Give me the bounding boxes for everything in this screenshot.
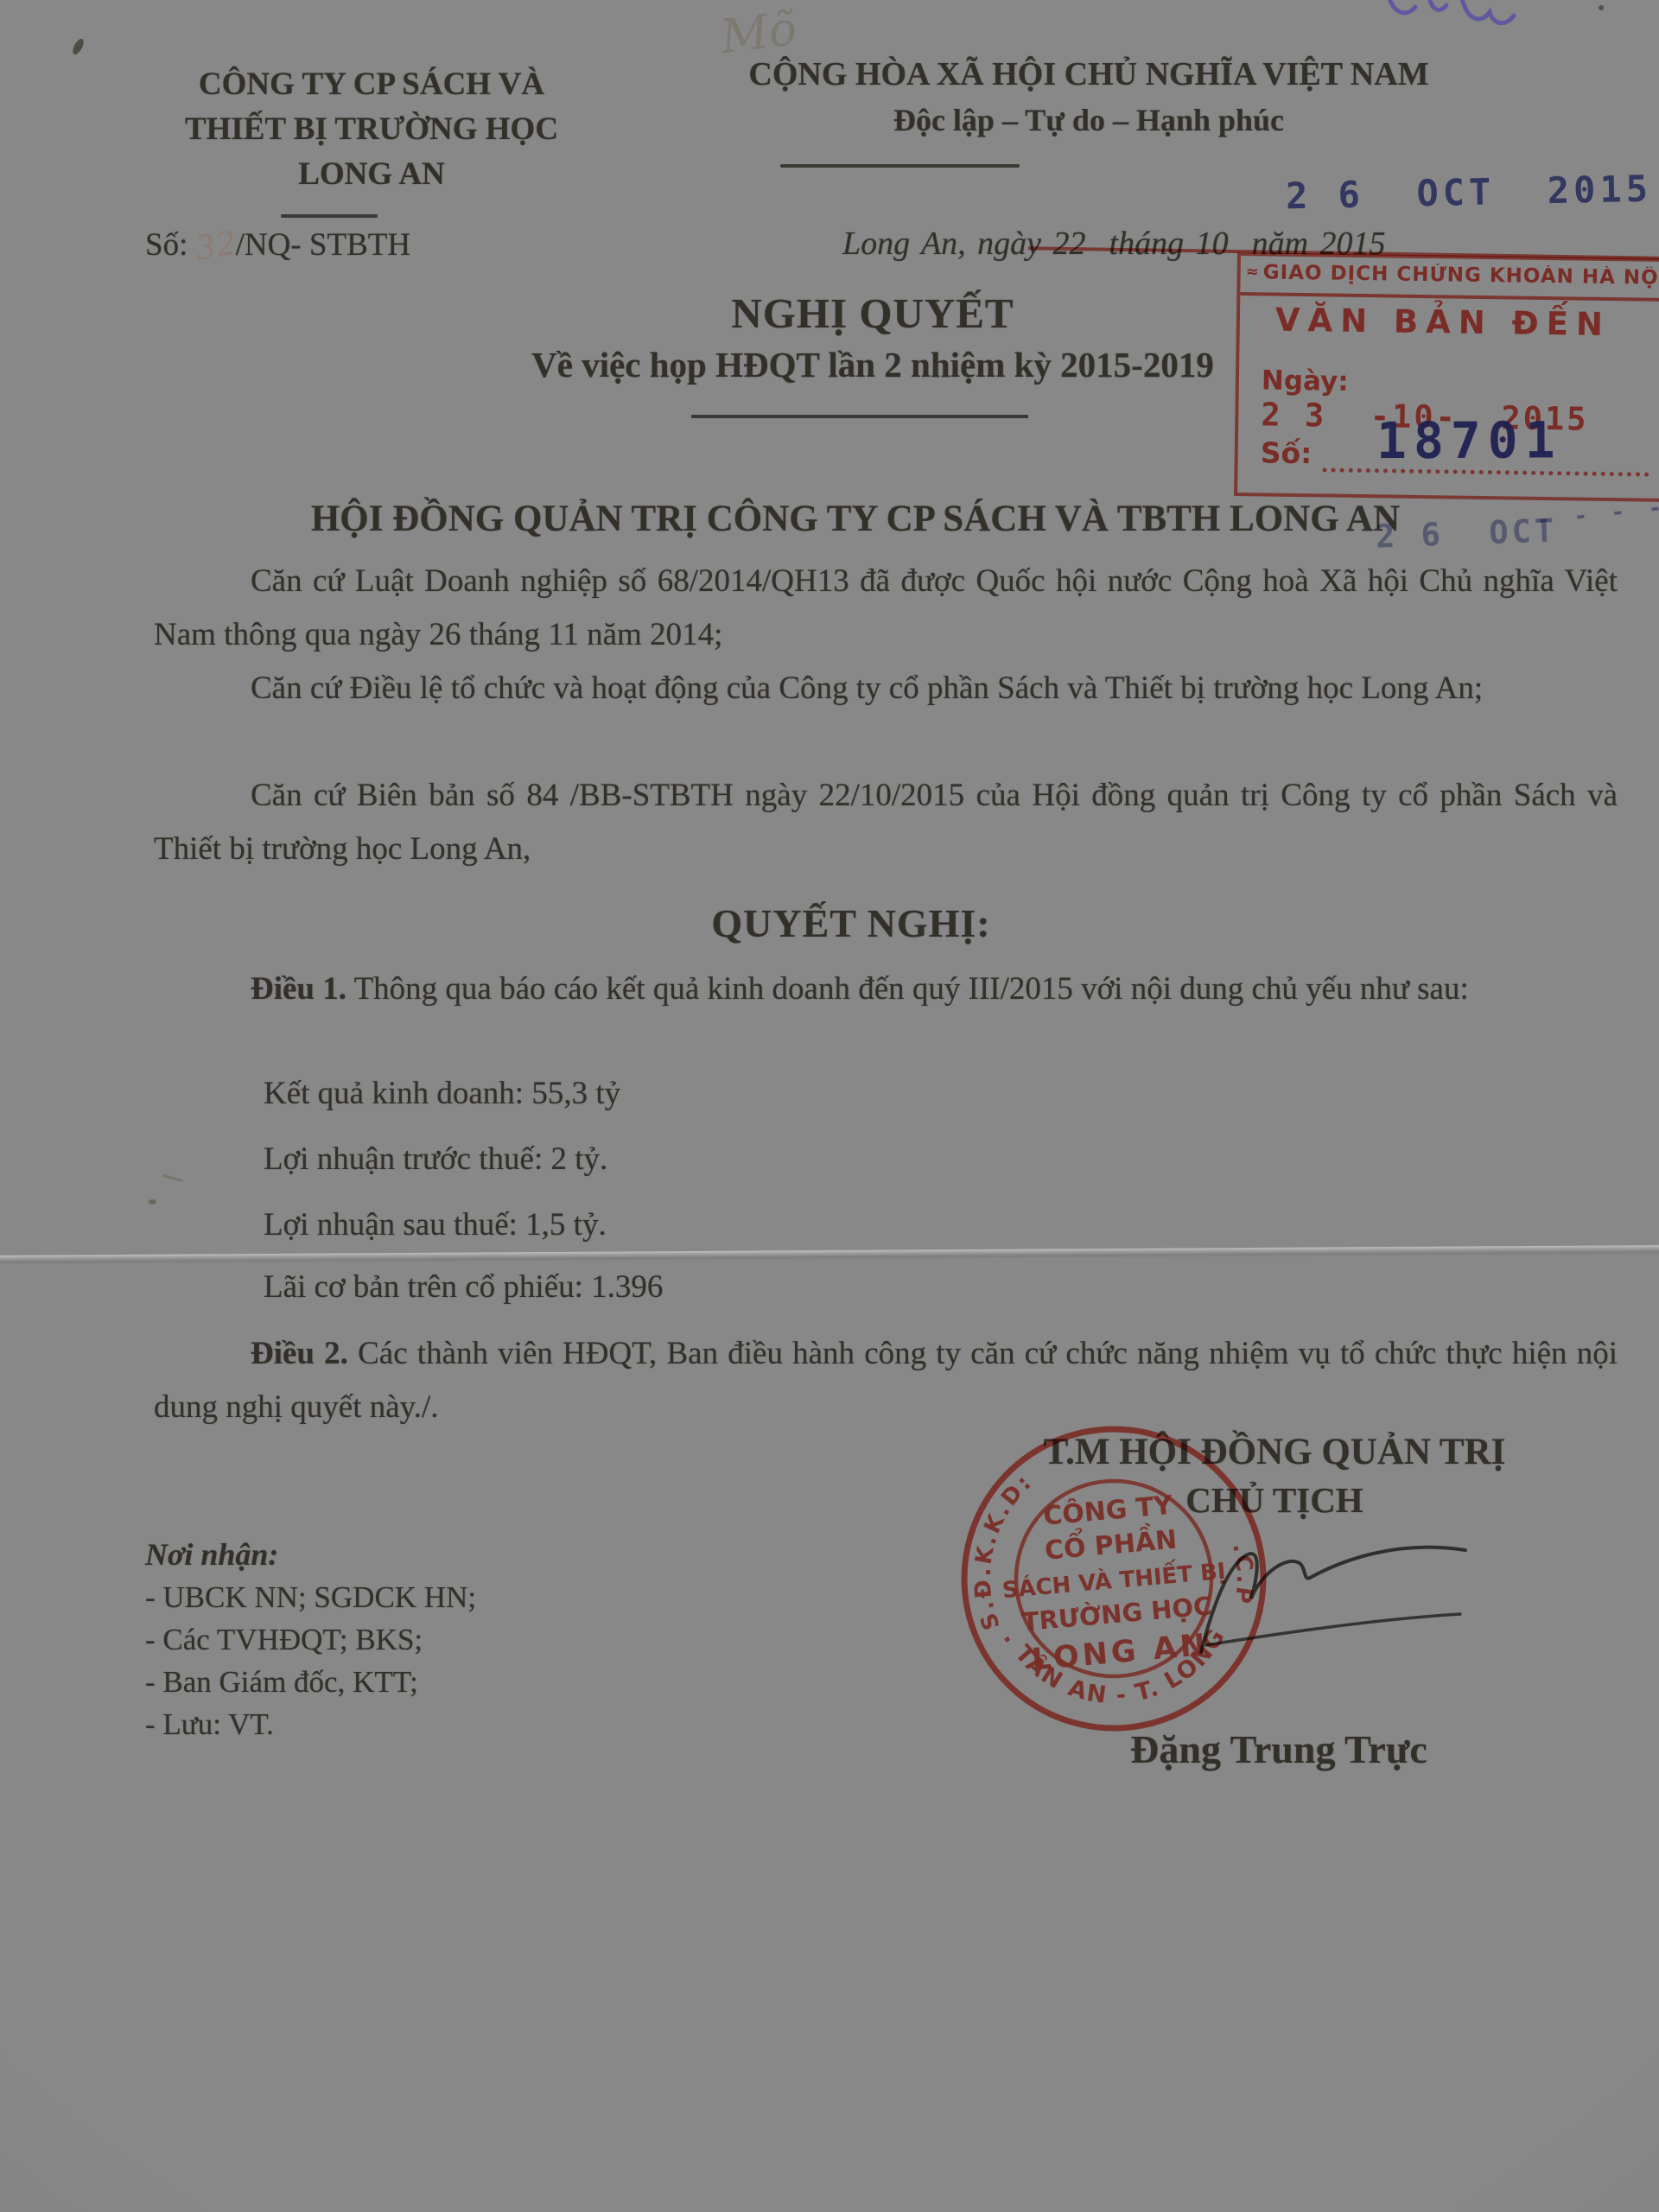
- document-number-handwritten: 32: [193, 222, 238, 270]
- org-line-2: THIẾT BỊ TRƯỜNG HỌC: [104, 107, 639, 152]
- scribble-stroke: [1389, 0, 1415, 13]
- document-number-line: Số: 32/NQ- STBTH: [145, 223, 410, 264]
- article-2: Điều 2. Các thành viên HĐQT, Ban điều hà…: [154, 1327, 1618, 1434]
- incoming-stamp-title: VĂN BẢN ĐẾN: [1240, 301, 1647, 344]
- ink-fleck: [71, 37, 86, 56]
- document-number-label: Số:: [145, 227, 196, 263]
- org-underline: [281, 214, 378, 218]
- recipient-item: - Lưu: VT.: [145, 1703, 476, 1745]
- incoming-number-label: Số:: [1260, 435, 1312, 470]
- stock-exchange-logo-icon: ≈: [1246, 263, 1260, 281]
- motto-underline: [780, 164, 1020, 168]
- blue-pen-scribble-strokes: [1382, 0, 1564, 40]
- document-number-suffix: /NQ- STBTH: [236, 227, 410, 263]
- incoming-stamp-box: ≈GIAO DỊCH CHỨNG KHOÁN HÀ NỘ VĂN BẢN ĐẾN…: [1234, 252, 1659, 502]
- scribble-stroke: [1429, 0, 1446, 10]
- title-underline: [691, 415, 1028, 418]
- article-1: Điều 1. Thông qua báo cáo kết quả kinh d…: [154, 963, 1618, 1016]
- signature-strokes: [1175, 1505, 1503, 1669]
- recipients-label: Nơi nhận:: [145, 1536, 278, 1573]
- org-header: CÔNG TY CP SÁCH VÀ THIẾT BỊ TRƯỜNG HỌC L…: [104, 62, 639, 197]
- paragraph-can-cu-1: Căn cứ Luật Doanh nghiệp số 68/2014/QH13…: [154, 555, 1618, 662]
- incoming-stamp-header-text: GIAO DỊCH CHỨNG KHOÁN HÀ NỘ: [1263, 261, 1659, 289]
- paper-fold-crease: [0, 1245, 1659, 1265]
- result-revenue: Kết quả kinh doanh: 55,3 tỷ: [264, 1075, 620, 1112]
- article-2-text: Các thành viên HĐQT, Ban điều hành công …: [154, 1336, 1618, 1425]
- blue-date-stamp: 2 6 OCT 2015: [1286, 168, 1653, 218]
- article-1-text: Thông qua báo cáo kết quả kinh doanh đến…: [346, 971, 1469, 1007]
- result-profit-after-tax: Lợi nhuận sau thuế: 1,5 tỷ.: [264, 1206, 607, 1243]
- incoming-stamp-divider: [1240, 292, 1659, 301]
- recipient-item: - UBCK NN; SGDCK HN;: [145, 1576, 476, 1618]
- blue-pen-scribble: [1382, 0, 1564, 40]
- handwritten-signature: [1175, 1505, 1503, 1669]
- national-header: CỘNG HÒA XÃ HỘI CHỦ NGHĨA VIỆT NAM Độc l…: [665, 55, 1512, 138]
- result-profit-before-tax: Lợi nhuận trước thuế: 2 tỷ.: [264, 1141, 607, 1178]
- ink-tick: [162, 1174, 183, 1182]
- paragraph-can-cu-2: Căn cứ Điều lệ tổ chức và hoạt động của …: [154, 662, 1618, 715]
- recipient-item: - Các TVHĐQT; BKS;: [145, 1618, 476, 1661]
- result-eps: Lãi cơ bản trên cổ phiếu: 1.396: [264, 1268, 663, 1306]
- incoming-stamp-header: ≈GIAO DỊCH CHỨNG KHOÁN HÀ NỘ: [1245, 261, 1659, 289]
- national-title: CỘNG HÒA XÃ HỘI CHỦ NGHĨA VIỆT NAM: [665, 55, 1512, 93]
- signature-underline: [1206, 1614, 1460, 1645]
- ink-dot: [149, 1199, 156, 1205]
- recipient-item: - Ban Giám đốc, KTT;: [145, 1661, 476, 1703]
- national-motto: Độc lập – Tự do – Hạnh phúc: [665, 102, 1512, 138]
- org-line-3: LONG AN: [104, 152, 639, 197]
- scribble-stroke: [1462, 0, 1514, 23]
- tiny-dot: [1599, 5, 1604, 10]
- paragraph-can-cu-3: Căn cứ Biên bản số 84 /BB-STBTH ngày 22/…: [154, 769, 1618, 876]
- pencil-annotation: Mõ: [717, 1, 799, 64]
- article-2-label: Điều 2.: [251, 1336, 348, 1371]
- incoming-number-value: 18701: [1376, 410, 1562, 470]
- scanned-document-page: CÔNG TY CP SÁCH VÀ THIẾT BỊ TRƯỜNG HỌC L…: [0, 0, 1659, 2212]
- signature-flourish: [1201, 1548, 1465, 1652]
- blue-date-stamp-faint: 2 6 OCT: [1375, 512, 1558, 555]
- recipients-list: - UBCK NN; SGDCK HN; - Các TVHĐQT; BKS; …: [145, 1576, 476, 1745]
- resolution-heading: QUYẾT NGHỊ:: [138, 900, 1564, 946]
- incoming-date-label: Ngày:: [1262, 365, 1349, 397]
- org-line-1: CÔNG TY CP SÁCH VÀ: [104, 62, 639, 107]
- article-1-label: Điều 1.: [251, 971, 346, 1007]
